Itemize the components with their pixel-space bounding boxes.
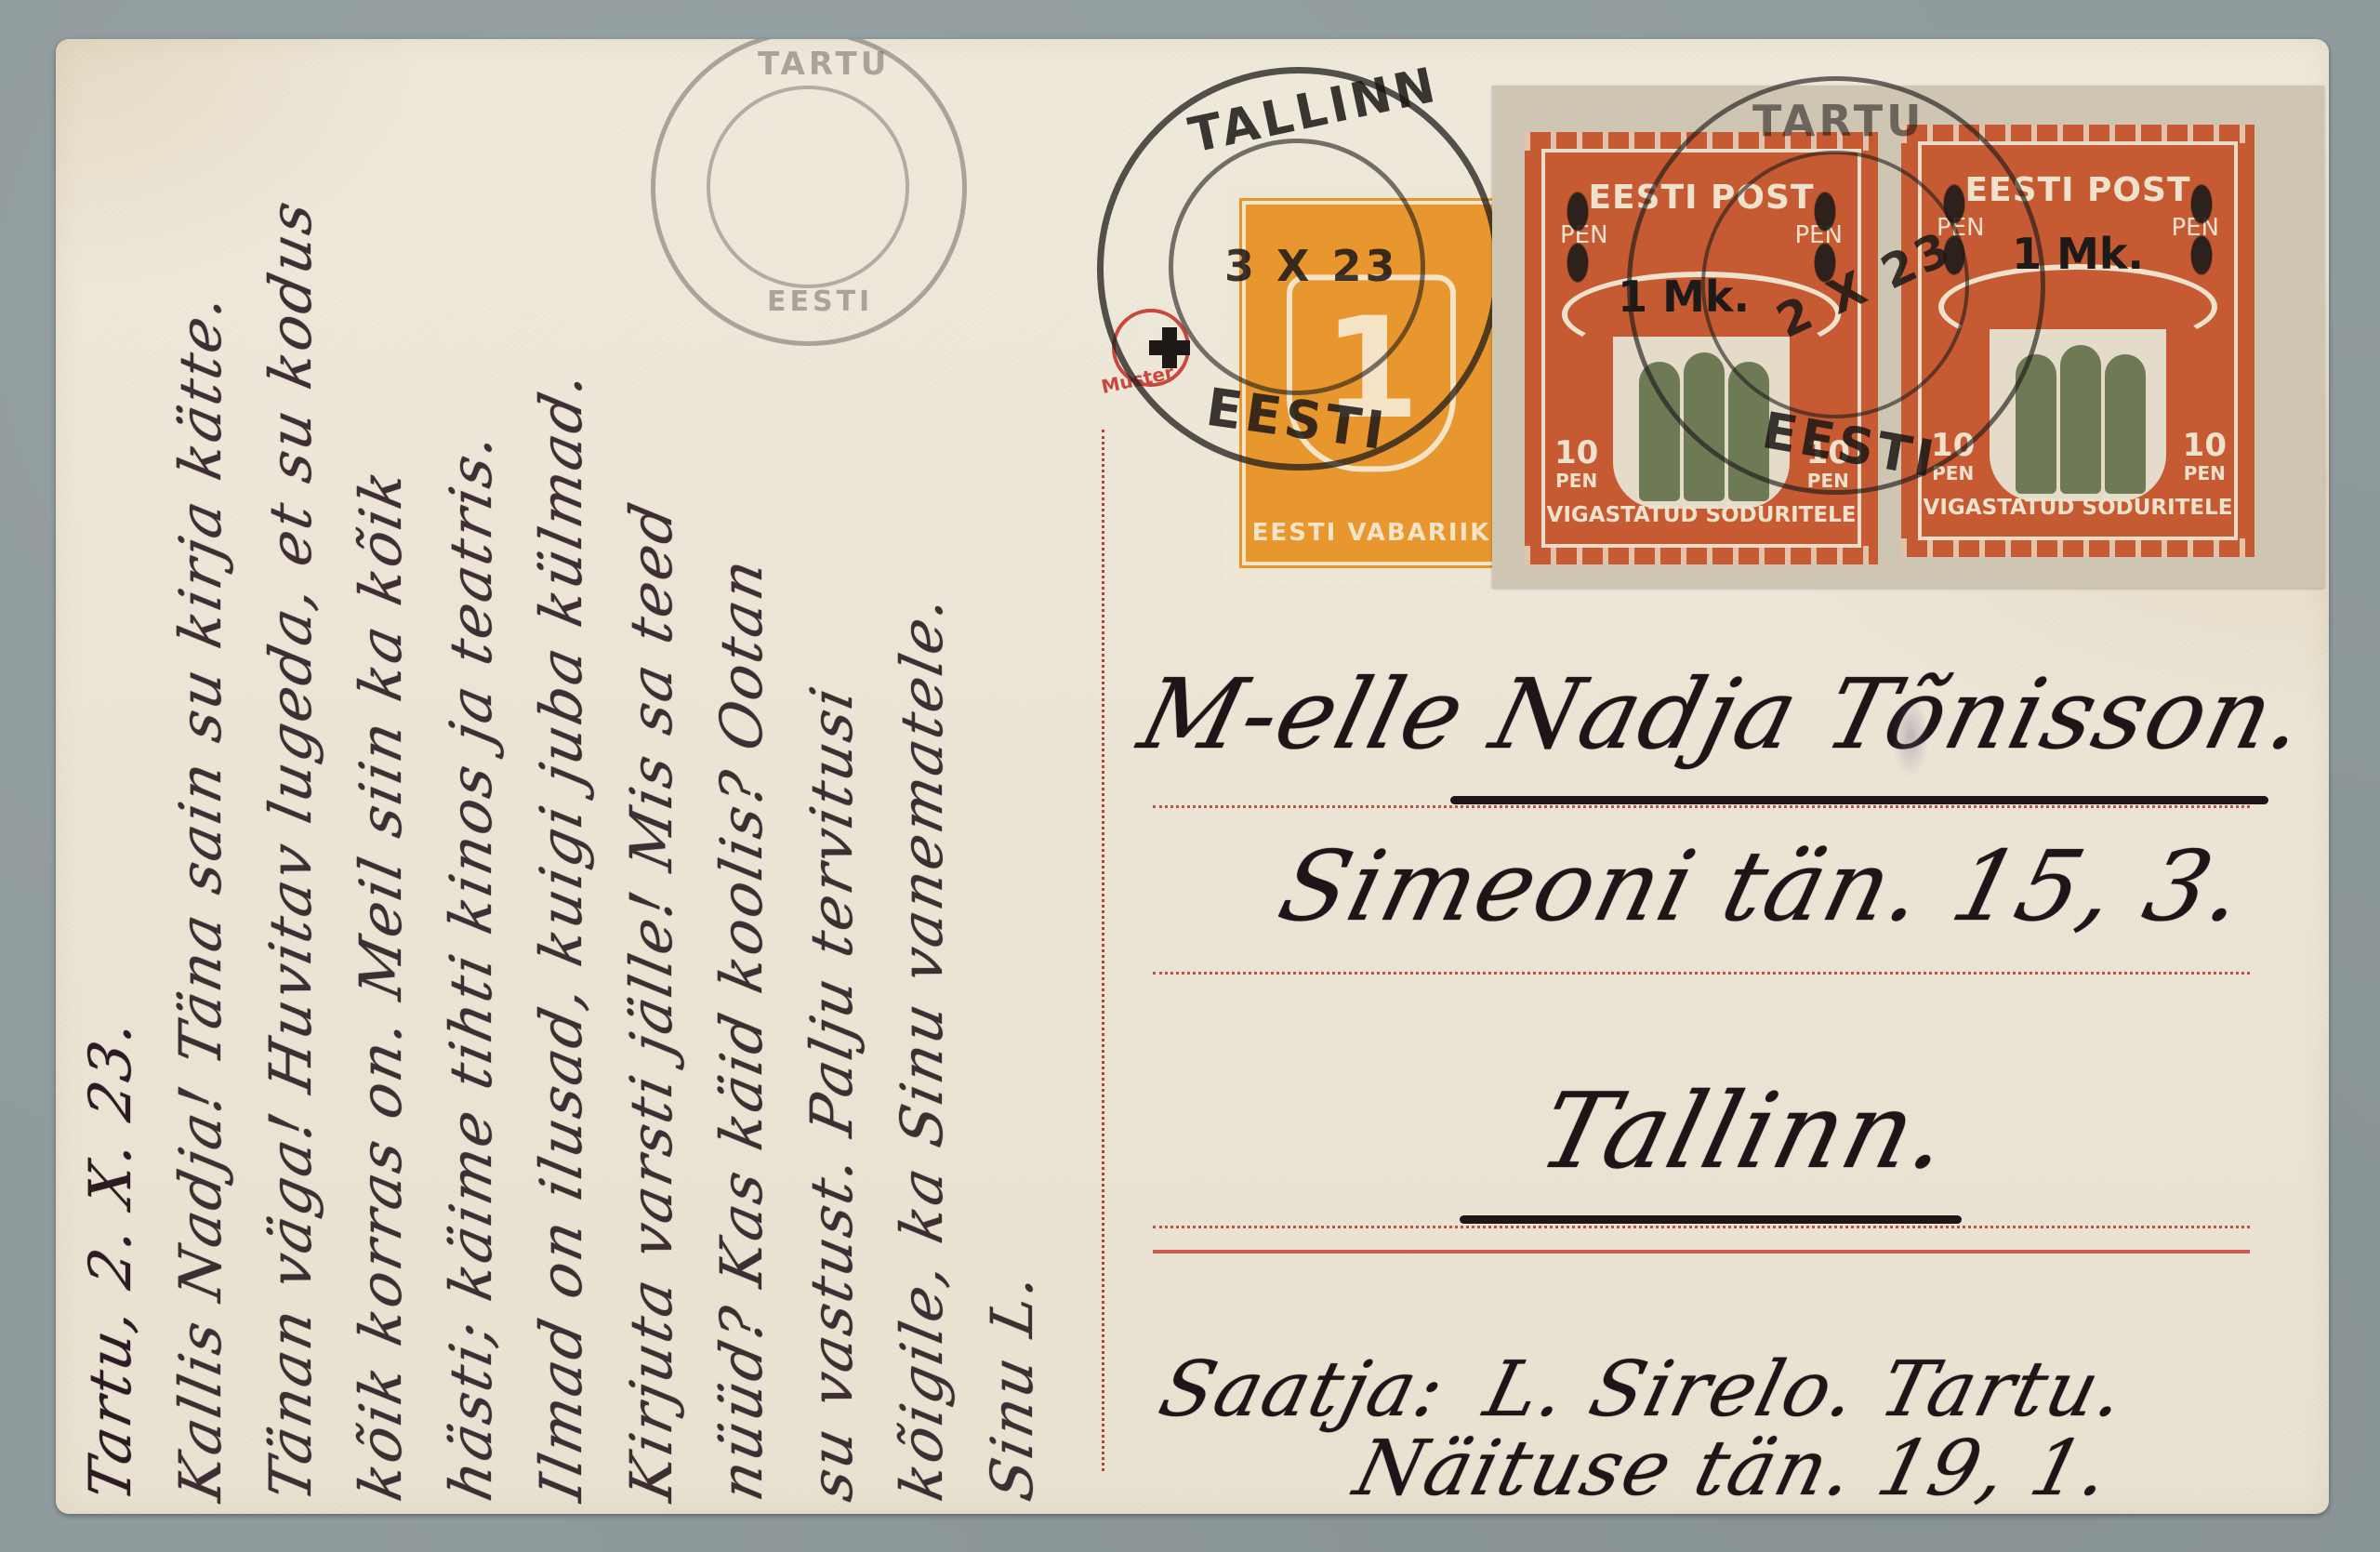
message-line: kõigile, ka Sinu vanematele.: [877, 58, 967, 1509]
message-line: nüüd? Kas käid koolis? Ootan: [696, 58, 787, 1509]
soldier-figure-icon: [2060, 345, 2101, 494]
vertical-divider: [1102, 430, 1104, 1471]
address-line-3: [1153, 1226, 2250, 1228]
overprint-ornament-icon: [2186, 179, 2217, 281]
postmark-tallinn-bottom-text: EESTI: [1202, 378, 1391, 463]
stamp-motto: VIGASTATUD SÕDURITELE: [1901, 496, 2254, 520]
message-line: Kirjuta varsti jälle! Mis sa teed: [606, 58, 696, 1509]
stamp-value: 10PEN: [1554, 439, 1598, 495]
recipient-underline: [1450, 796, 2268, 804]
message-line: Tartu, 2. X. 23.: [65, 58, 155, 1509]
postmark-tallinn: TALLINN 3 X 23 EESTI: [1097, 67, 1501, 471]
message-line: Sinu L.: [967, 58, 1057, 1509]
recipient-city: Tallinn.: [1528, 1071, 1964, 1192]
postcard: TARTU EESTI Tartu, 2. X. 23. Kallis Nadj…: [56, 39, 2329, 1514]
stamp-value: 10PEN: [2183, 431, 2227, 487]
postmark-tartu: TARTU 2 X 23 EESTI: [1627, 76, 2045, 495]
message-line: Tänan väga! Huvitav lugeda, et su kodus: [245, 58, 336, 1509]
address-line-4: [1153, 1250, 2250, 1254]
message-line: kõik korras on. Meil siin ka kõik: [336, 58, 426, 1509]
sender-street: Näituse tän. 19, 1.: [1346, 1425, 2120, 1513]
stamp-motto: VIGASTATUD SÕDURITELE: [1525, 503, 1878, 527]
recipient-name: M-elle Nadja Tõnisson.: [1130, 657, 2319, 771]
overprint-ornament-icon: [1562, 186, 1593, 288]
stamp-caption: EESTI VABARIIK: [1246, 519, 1497, 547]
message-line: Kallis Nadja! Täna sain su kirja kätte.: [155, 58, 245, 1509]
message-line: su vastust. Palju tervitusi: [787, 58, 877, 1509]
city-underline: [1460, 1215, 1962, 1224]
message-line: hästi; käime tihti kinos ja teatris.: [426, 58, 516, 1509]
soldier-figure-icon: [2105, 354, 2146, 494]
address-line-2: [1153, 972, 2250, 975]
border-pattern: [1525, 546, 1878, 564]
sender-label: Saatja:: [1151, 1346, 1455, 1434]
handwritten-message: Tartu, 2. X. 23. Kallis Nadja! Täna sain…: [65, 67, 1069, 1499]
sender-name: L. Sirelo. Tartu.: [1476, 1346, 2135, 1434]
postmark-tallinn-date: 3 X 23: [1224, 241, 1399, 291]
border-pattern: [1901, 538, 2254, 557]
recipient-street: Simeoni tän. 15, 3.: [1269, 829, 2258, 943]
postmark-tartu-top-text: TARTU: [1752, 96, 1925, 146]
message-line: Ilmad on ilusad, kuigi juba külmad.: [516, 58, 606, 1509]
ink-smudge: [1892, 695, 1929, 778]
address-line-1: [1153, 805, 2250, 808]
